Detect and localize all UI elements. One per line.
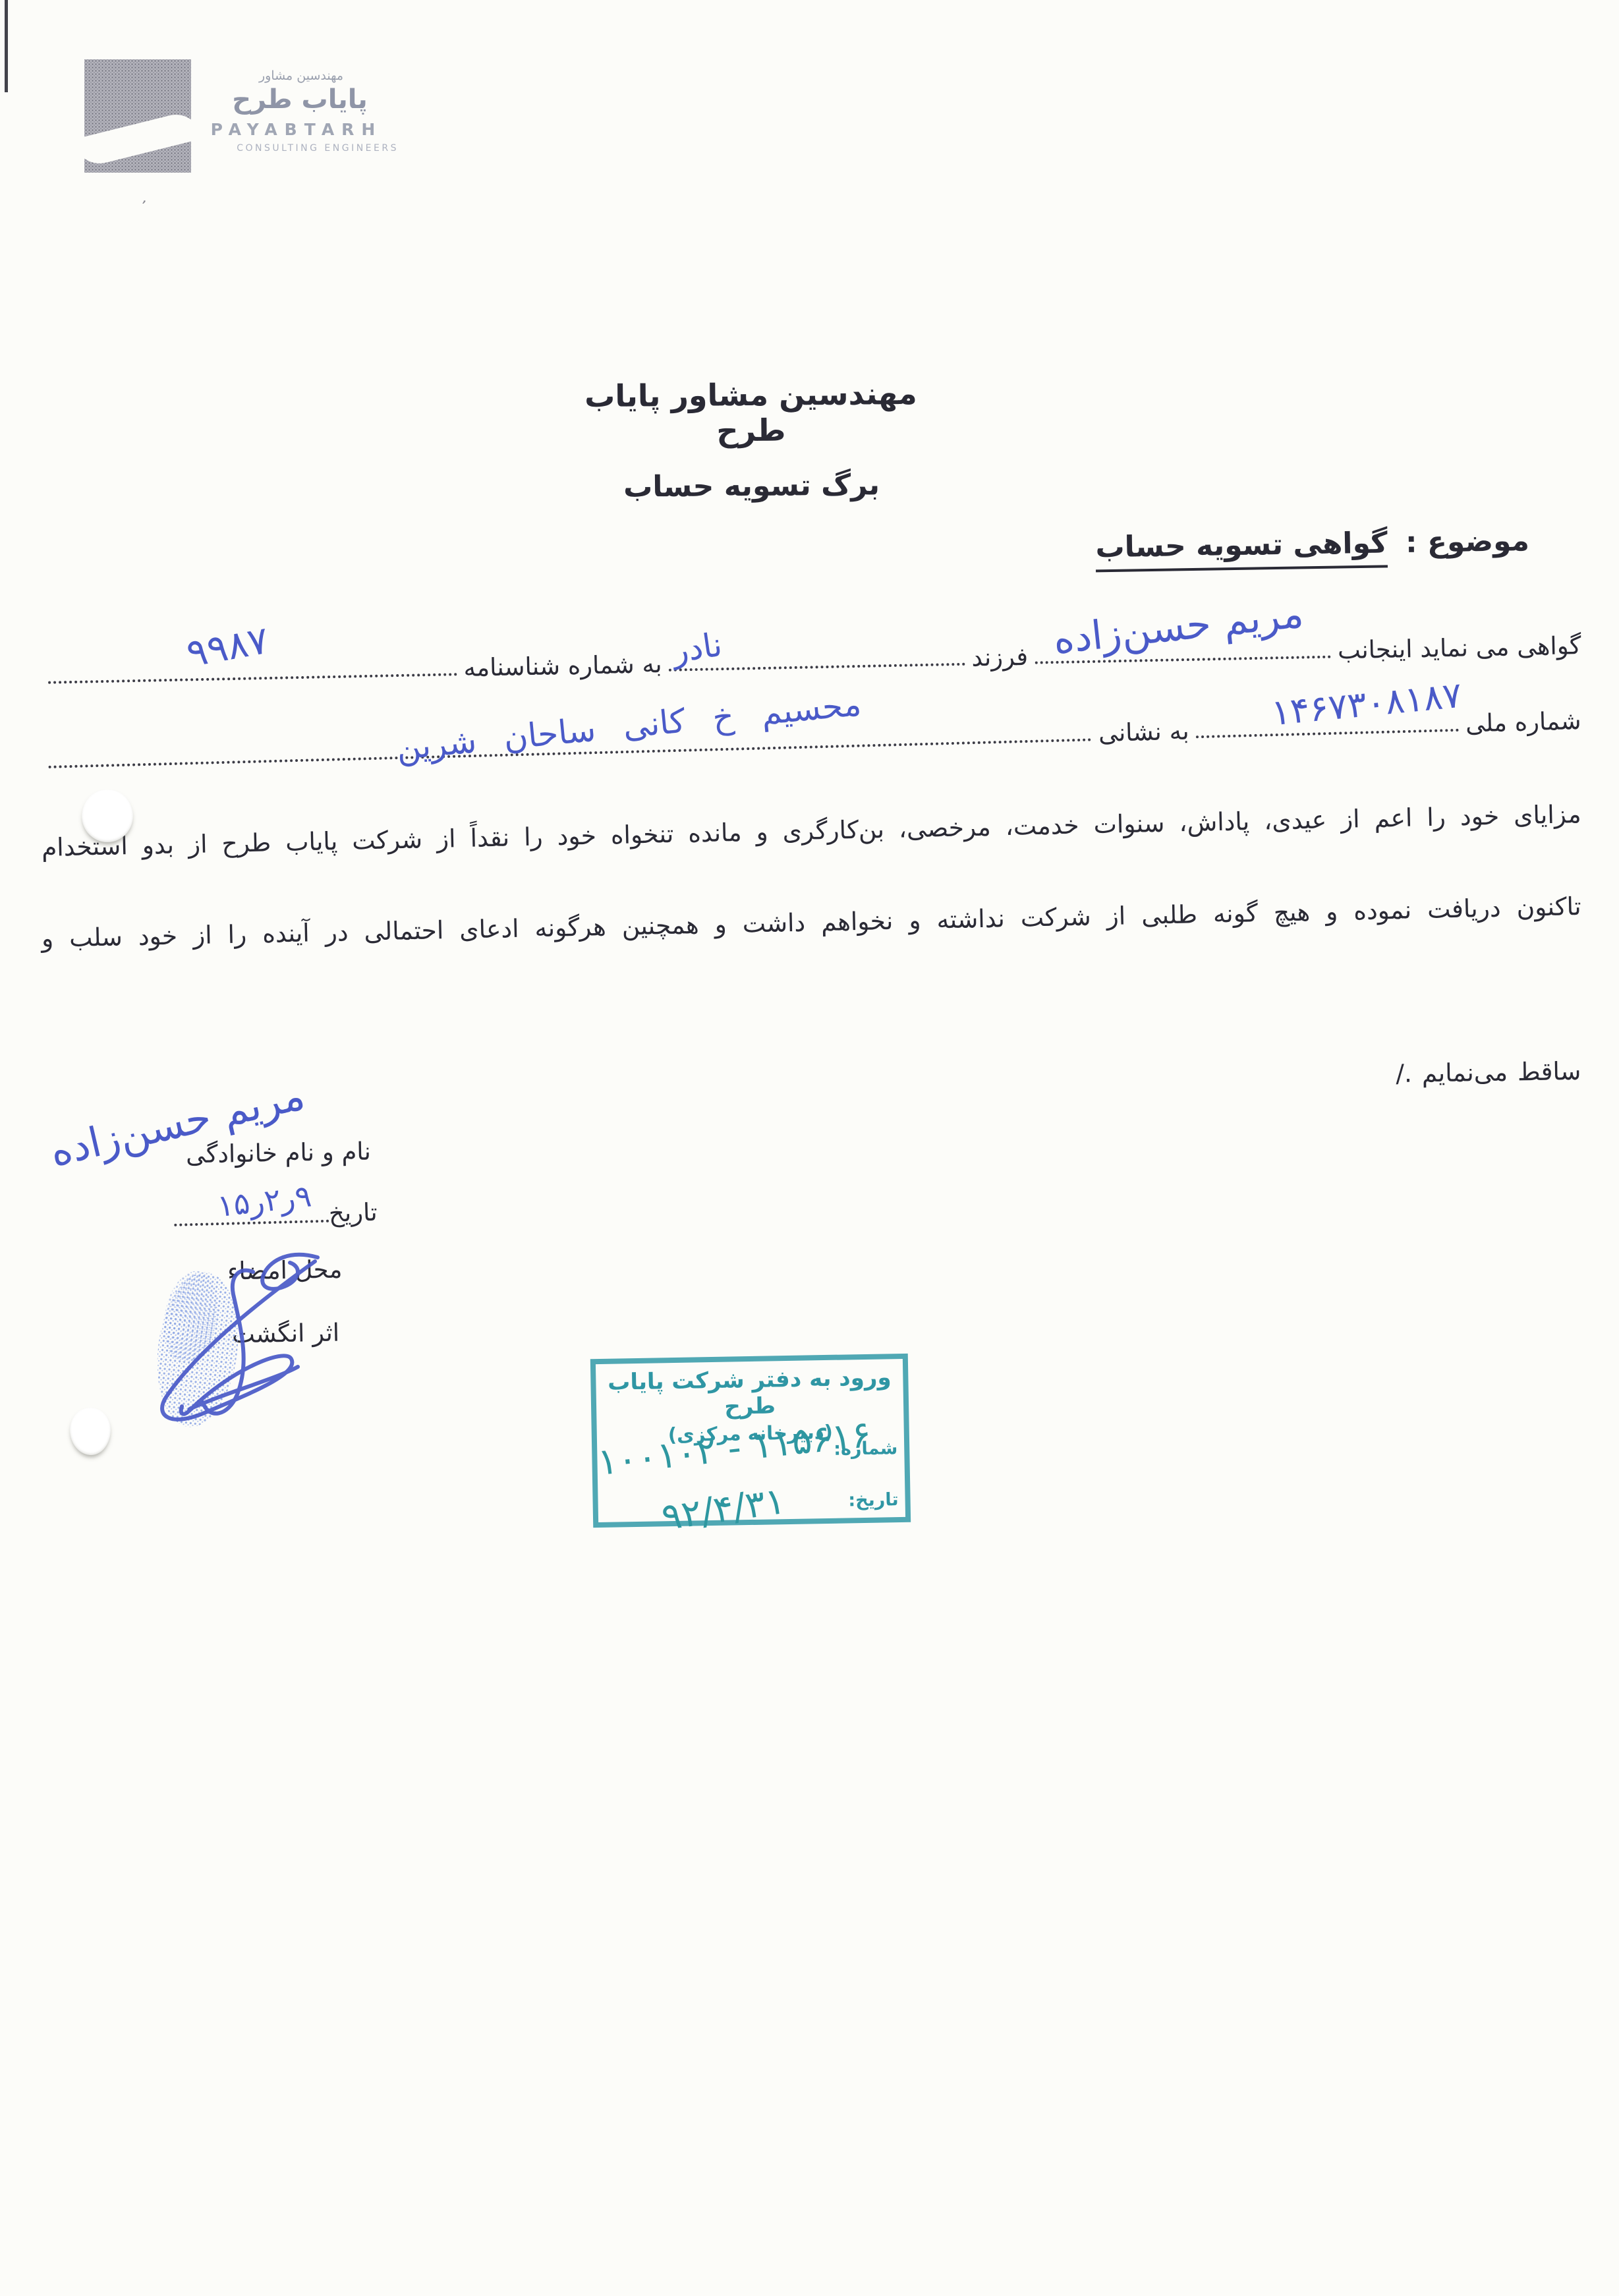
full-name-label: نام و نام خانوادگی xyxy=(186,1137,372,1169)
handwritten-father-name: نادر xyxy=(670,628,724,668)
form-title: برگ تسویه حساب xyxy=(567,468,936,505)
name-blank: مریم حسن‌زاده xyxy=(1035,649,1331,664)
punch-hole xyxy=(82,789,133,842)
handwritten-id-number: ۹۹۸۷ xyxy=(184,621,271,673)
scanned-settlement-form: , مهندسین مشاور پایاب طرح PAYABTARH CONS… xyxy=(0,0,1619,2296)
field-label-id-number: به شماره شناسنامه xyxy=(463,650,662,682)
date-label: تاریخ xyxy=(328,1198,378,1228)
logo-swoosh-shape xyxy=(84,109,191,169)
field-label-national-id: شماره ملی xyxy=(1465,706,1581,738)
handwritten-national-id: ۱۴۶۷۳۰۸۱۸۷ xyxy=(1270,677,1463,732)
signature-scribble xyxy=(92,1238,356,1455)
document-title-block: مهندسین مشاور پایاب طرح برگ تسویه حساب xyxy=(566,376,936,505)
handwritten-address: محسیم خ کانی ساحان شرین xyxy=(395,687,863,765)
paragraph-line-2: تاکنون دریافت نموده و هیچ گونه طلبی از ش… xyxy=(42,891,1581,954)
date-row: تاریخ ۹ر۲ر۱۵ xyxy=(165,1198,378,1232)
brand-fa-small: مهندسین مشاور xyxy=(194,69,399,83)
brand-en-subtitle: CONSULTING ENGINEERS xyxy=(194,143,399,154)
stamp-handwritten-date: ۹۲/۴/۳۱ xyxy=(660,1483,787,1537)
stamp-date-label: تاریخ: xyxy=(848,1489,899,1510)
punch-hole xyxy=(70,1408,111,1455)
subject-line: موضوع : گواهی تسویه حساب xyxy=(1095,524,1529,564)
form-line-identity: گواهی می نماید اینجانب مریم حسن‌زاده فرز… xyxy=(41,631,1581,691)
company-logo-icon xyxy=(84,59,191,173)
scan-edge-artifact xyxy=(5,0,8,92)
letterhead-brand: مهندسین مشاور پایاب طرح PAYABTARH CONSUL… xyxy=(194,69,399,154)
id-number-blank: ۹۹۸۷ xyxy=(48,666,457,683)
subject-value: گواهی تسویه حساب xyxy=(1095,526,1388,572)
field-label-address: به نشانی xyxy=(1098,717,1190,748)
date-blank: ۹ر۲ر۱۵ xyxy=(174,1213,329,1226)
handwritten-name: مریم حسن‌زاده xyxy=(1052,594,1305,660)
scan-speck: , xyxy=(141,189,150,200)
form-line-address: شماره ملی ۱۴۶۷۳۰۸۱۸۷ به نشانی محسیم خ کا… xyxy=(42,706,1581,775)
brand-en-main: PAYABTARH xyxy=(194,120,399,139)
national-id-blank: ۱۴۶۷۳۰۸۱۸۷ xyxy=(1196,722,1460,738)
brand-fa-main: پایاب طرح xyxy=(194,84,399,115)
field-label-father: فرزند xyxy=(971,643,1029,672)
handwritten-date: ۹ر۲ر۱۵ xyxy=(215,1180,313,1221)
father-name-blank: نادر xyxy=(668,656,965,672)
office-entry-stamp: ورود به دفتر شرکت پایاب طرح (دبیرخانه مر… xyxy=(590,1354,911,1528)
paragraph-line-1: مزایای خود را اعم از عیدی، پاداش، سنوات … xyxy=(42,799,1581,863)
company-title: مهندسین مشاور پایاب طرح xyxy=(566,376,936,450)
field-label-certify: گواهی می نماید اینجانب xyxy=(1338,631,1581,664)
subject-label: موضوع : xyxy=(1405,524,1529,560)
address-blank: محسیم خ کانی ساحان شرین xyxy=(48,732,1092,768)
